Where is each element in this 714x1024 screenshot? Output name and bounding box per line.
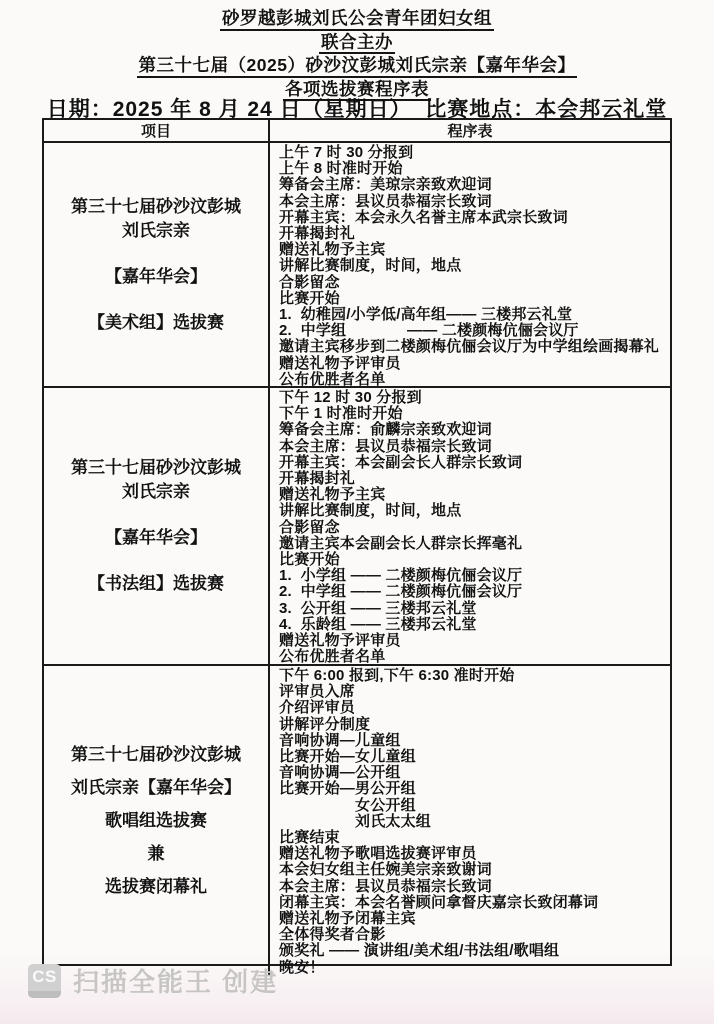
project-line: 【书法组】选拔赛 bbox=[88, 572, 224, 596]
program-line: 讲解评分制度 bbox=[279, 717, 664, 733]
project-line: 【嘉年华会】 bbox=[105, 265, 207, 289]
program-line: 晚安！ bbox=[279, 960, 664, 976]
document-header: 砂罗越彭城刘氏公会青年团妇女组联合主办第三十七届（2025）砂沙汶彭城刘氏宗亲【… bbox=[0, 8, 714, 102]
program-line: 刘氏太太组 bbox=[279, 814, 664, 830]
program-line: 4. 乐龄组 —— 三楼邦云礼堂 bbox=[279, 617, 664, 633]
program-line: 上午 8 时准时开始 bbox=[279, 161, 664, 177]
project-line: 【美术组】选拔赛 bbox=[88, 311, 224, 335]
camscanner-icon: CS bbox=[28, 964, 61, 998]
program-line: 闭幕主宾：本会名誉顾问拿督庆嘉宗长致闭幕词 bbox=[279, 895, 664, 911]
program-line: 开幕主宾：本会副会长人群宗长致词 bbox=[279, 455, 664, 471]
schedule-table: 项目 程序表 第三十七届砂沙汶彭城刘氏宗亲【嘉年华会】【美术组】选拔赛上午 7 … bbox=[42, 118, 672, 966]
program-line: 下午 1 时准时开始 bbox=[279, 406, 664, 422]
project-cell: 第三十七届砂沙汶彭城刘氏宗亲【嘉年华会】【美术组】选拔赛 bbox=[44, 143, 270, 386]
scanned-document: 砂罗越彭城刘氏公会青年团妇女组联合主办第三十七届（2025）砂沙汶彭城刘氏宗亲【… bbox=[0, 0, 714, 1024]
program-line: 开幕主宾：本会永久名誉主席本武宗长致词 bbox=[279, 210, 664, 226]
program-line: 下午 6:00 报到,下午 6:30 准时开始 bbox=[279, 668, 664, 684]
column-header-program: 程序表 bbox=[270, 120, 670, 141]
table-header-row: 项目 程序表 bbox=[44, 120, 670, 143]
program-line: 赠送礼物予主宾 bbox=[279, 487, 664, 503]
watermark-label: 扫描全能王 创建 bbox=[73, 962, 278, 999]
program-line: 3. 公开组 —— 三楼邦云礼堂 bbox=[279, 601, 664, 617]
program-line: 公布优胜者名单 bbox=[279, 649, 664, 664]
program-cell: 下午 6:00 报到,下午 6:30 准时开始评审员入席介绍评审员讲解评分制度音… bbox=[270, 666, 670, 976]
program-line: 1. 小学组 —— 二楼颜梅伉俪会议厅 bbox=[279, 568, 664, 584]
program-line: 筹备会主席：美琼宗亲致欢迎词 bbox=[279, 177, 664, 193]
project-line: 第三十七届砂沙汶彭城 bbox=[71, 195, 241, 219]
program-line: 比赛开始 bbox=[279, 552, 664, 568]
program-line: 颁奖礼 —— 演讲组/美术组/书法组/歌唱组 bbox=[279, 943, 664, 959]
program-line: 本会主席：县议员恭福宗长致词 bbox=[279, 439, 664, 455]
project-line: 第三十七届砂沙汶彭城 bbox=[71, 456, 241, 480]
program-line: 公布优胜者名单 bbox=[279, 372, 664, 386]
project-line: 刘氏宗亲 bbox=[122, 480, 190, 504]
project-cell: 第三十七届砂沙汶彭城刘氏宗亲【嘉年华会】歌唱组选拔赛兼选拔赛闭幕礼 bbox=[44, 666, 270, 976]
program-line: 本会主席：县议员恭福宗长致词 bbox=[279, 879, 664, 895]
program-line: 2. 中学组 —— 二楼颜梅伉俪会议厅 bbox=[279, 323, 664, 339]
project-line: 刘氏宗亲 bbox=[122, 219, 190, 243]
page-title-text: 联合主办 bbox=[319, 32, 395, 55]
program-line: 介绍评审员 bbox=[279, 700, 664, 716]
program-line: 比赛开始—女儿童组 bbox=[279, 749, 664, 765]
project-line: 刘氏宗亲【嘉年华会】 bbox=[71, 776, 241, 800]
page-title-line: 联合主办 bbox=[0, 32, 714, 55]
page-title-line: 第三十七届（2025）砂沙汶彭城刘氏宗亲【嘉年华会】 bbox=[0, 55, 714, 78]
program-line: 筹备会主席：俞麟宗亲致欢迎词 bbox=[279, 422, 664, 438]
program-line: 赠送礼物予闭幕主宾 bbox=[279, 911, 664, 927]
program-line: 音响协调—儿童组 bbox=[279, 733, 664, 749]
project-line: 【嘉年华会】 bbox=[105, 526, 207, 550]
program-line: 评审员入席 bbox=[279, 684, 664, 700]
project-line: 选拔赛闭幕礼 bbox=[105, 875, 207, 899]
program-line: 邀请主宾本会副会长人群宗长挥毫礼 bbox=[279, 536, 664, 552]
program-line: 讲解比赛制度，时间，地点 bbox=[279, 258, 664, 274]
program-line: 赠送礼物予评审员 bbox=[279, 356, 664, 372]
program-line: 合影留念 bbox=[279, 520, 664, 536]
program-line: 比赛开始 bbox=[279, 291, 664, 307]
project-line: 兼 bbox=[148, 842, 165, 866]
camscanner-watermark: CS 扫描全能王 创建 bbox=[28, 962, 278, 999]
program-line: 本会主席：县议员恭福宗长致词 bbox=[279, 194, 664, 210]
program-line: 2. 中学组 —— 二楼颜梅伉俪会议厅 bbox=[279, 584, 664, 600]
program-line: 邀请主宾移步到二楼颜梅伉俪会议厅为中学组绘画揭幕礼 bbox=[279, 339, 664, 355]
column-header-project: 项目 bbox=[44, 120, 270, 141]
program-cell: 上午 7 时 30 分报到上午 8 时准时开始筹备会主席：美琼宗亲致欢迎词本会主… bbox=[270, 143, 670, 386]
program-cell: 下午 12 时 30 分报到下午 1 时准时开始筹备会主席：俞麟宗亲致欢迎词本会… bbox=[270, 388, 670, 664]
schedule-rows: 第三十七届砂沙汶彭城刘氏宗亲【嘉年华会】【美术组】选拔赛上午 7 时 30 分报… bbox=[44, 143, 670, 976]
table-row: 第三十七届砂沙汶彭城刘氏宗亲【嘉年华会】【美术组】选拔赛上午 7 时 30 分报… bbox=[44, 143, 670, 386]
table-row: 第三十七届砂沙汶彭城刘氏宗亲【嘉年华会】【书法组】选拔赛下午 12 时 30 分… bbox=[44, 386, 670, 664]
project-line: 歌唱组选拔赛 bbox=[105, 809, 207, 833]
program-line: 赠送礼物予主宾 bbox=[279, 242, 664, 258]
program-line: 音响协调—公开组 bbox=[279, 765, 664, 781]
program-line: 合影留念 bbox=[279, 275, 664, 291]
page-title-line: 砂罗越彭城刘氏公会青年团妇女组 bbox=[0, 8, 714, 31]
program-line: 比赛结束 bbox=[279, 830, 664, 846]
page-title-text: 砂罗越彭城刘氏公会青年团妇女组 bbox=[220, 8, 494, 31]
program-line: 上午 7 时 30 分报到 bbox=[279, 145, 664, 161]
page-title-text: 第三十七届（2025）砂沙汶彭城刘氏宗亲【嘉年华会】 bbox=[137, 55, 578, 78]
project-line: 第三十七届砂沙汶彭城 bbox=[71, 743, 241, 767]
program-line: 比赛开始—男公开组 bbox=[279, 781, 664, 797]
program-line: 赠送礼物予评审员 bbox=[279, 633, 664, 649]
program-line: 赠送礼物予歌唱选拔赛评审员 bbox=[279, 846, 664, 862]
program-line: 开幕揭封礼 bbox=[279, 471, 664, 487]
program-line: 女公开组 bbox=[279, 798, 664, 814]
program-line: 开幕揭封礼 bbox=[279, 226, 664, 242]
program-line: 下午 12 时 30 分报到 bbox=[279, 390, 664, 406]
program-line: 1. 幼稚园/小学低/高年组—— 三楼邦云礼堂 bbox=[279, 307, 664, 323]
project-cell: 第三十七届砂沙汶彭城刘氏宗亲【嘉年华会】【书法组】选拔赛 bbox=[44, 388, 270, 664]
program-line: 本会妇女组主任婉美宗亲致谢词 bbox=[279, 862, 664, 878]
table-row: 第三十七届砂沙汶彭城刘氏宗亲【嘉年华会】歌唱组选拔赛兼选拔赛闭幕礼下午 6:00… bbox=[44, 664, 670, 976]
header-lines: 砂罗越彭城刘氏公会青年团妇女组联合主办第三十七届（2025）砂沙汶彭城刘氏宗亲【… bbox=[0, 8, 714, 101]
program-line: 讲解比赛制度，时间，地点 bbox=[279, 503, 664, 519]
